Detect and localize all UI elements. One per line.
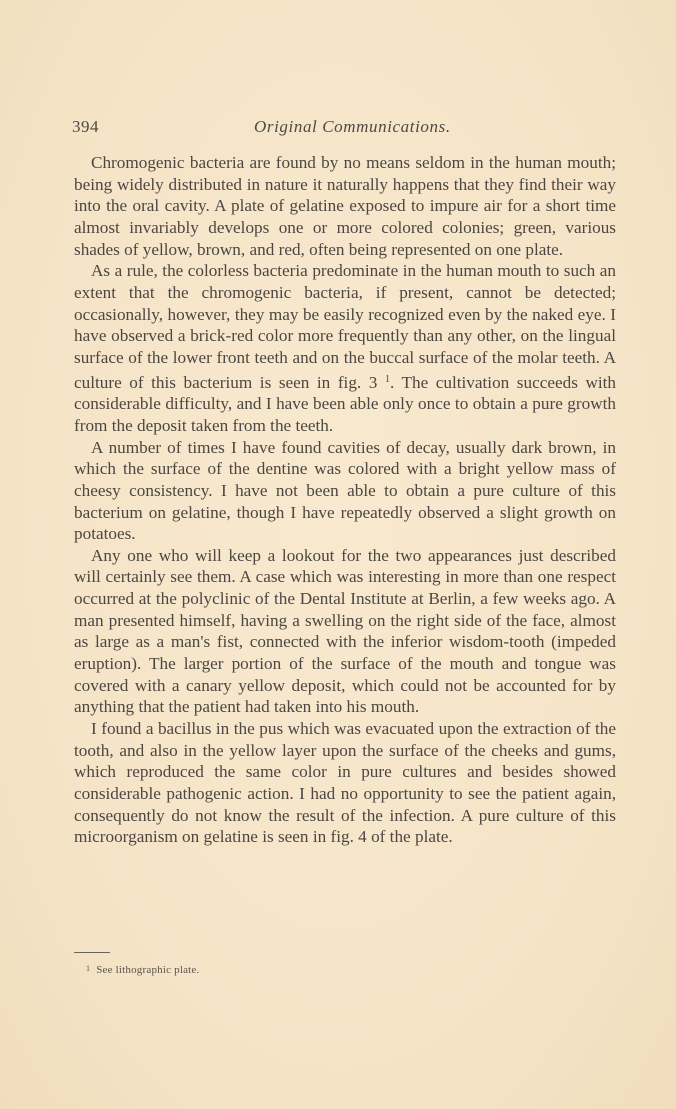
paragraph-case-report: Any one who will keep a lookout for the … (74, 545, 616, 718)
running-title: Original Communications. (254, 117, 451, 137)
paragraph-colorless-bacteria: As a rule, the colorless bacteria predom… (74, 260, 616, 436)
book-page: 394 Original Communications. Chromogenic… (0, 0, 676, 1109)
footnote-text: See lithographic plate. (96, 964, 199, 976)
body-text: Chromogenic bacteria are found by no mea… (74, 152, 616, 848)
footnote-marker: 1 (86, 964, 90, 973)
footnote-divider (74, 952, 110, 953)
paragraph-chromogenic-bacteria: Chromogenic bacteria are found by no mea… (74, 152, 616, 260)
paragraph-bacillus: I found a bacillus in the pus which was … (74, 718, 616, 848)
footnote: 1See lithographic plate. (86, 964, 199, 976)
running-head: 394 Original Communications. (72, 117, 620, 141)
paragraph-cavities-of-decay: A number of times I have found cavities … (74, 437, 616, 545)
page-number: 394 (72, 117, 99, 137)
